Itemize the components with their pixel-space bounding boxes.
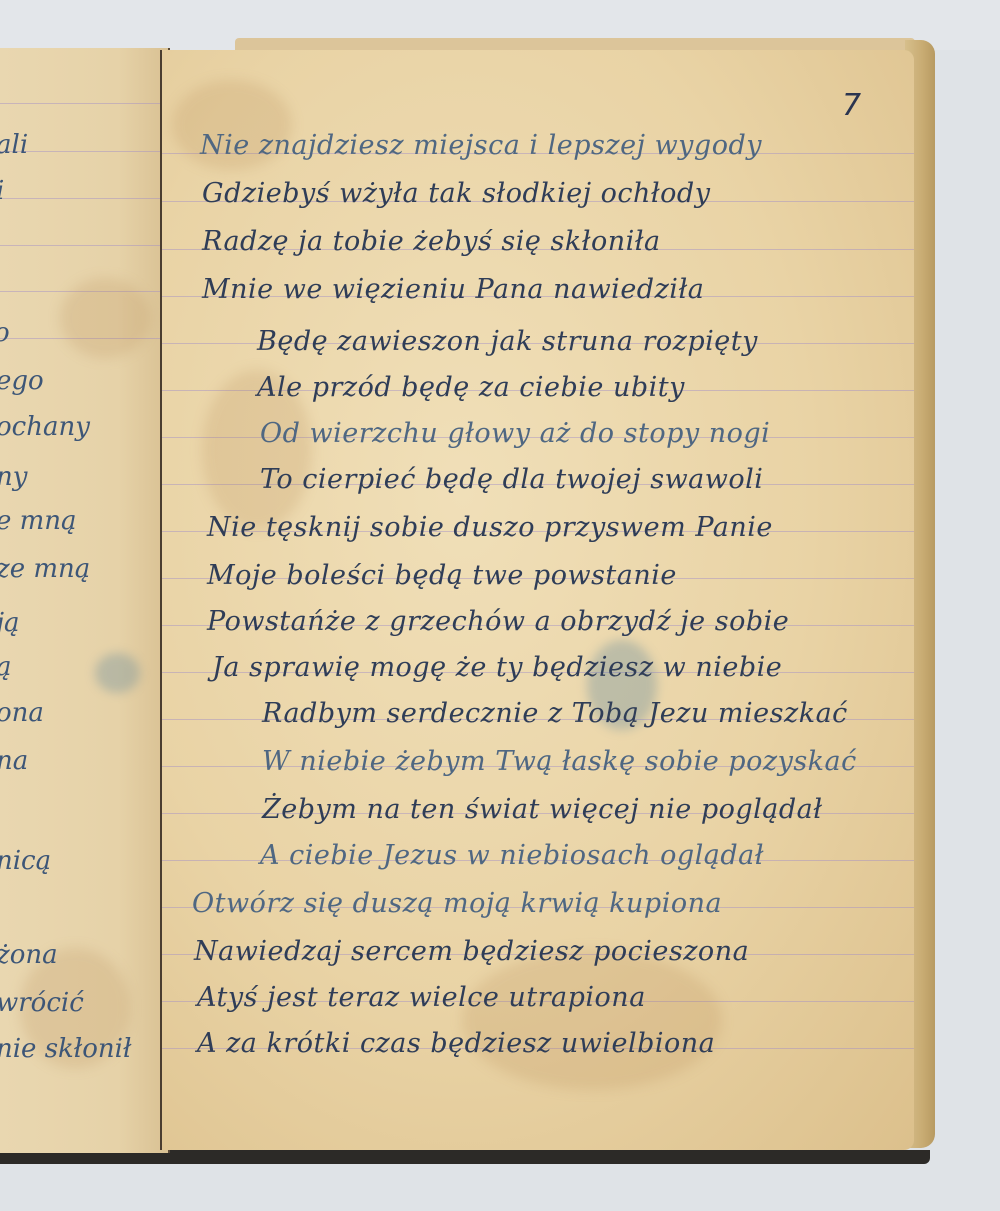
verse-line: A za krótki czas będziesz uwielbiona (197, 1028, 715, 1059)
left-fragment: i (0, 176, 4, 206)
verse-line: Powstańże z grzechów a obrzydź je sobie (207, 606, 789, 637)
verse-line: Nawiedzaj sercem będziesz pocieszona (194, 936, 749, 967)
left-fragment: ny (0, 462, 27, 492)
rule-line (0, 198, 168, 199)
left-fragment: ją (0, 608, 20, 638)
left-page: ali i o ego ochany ny e mną ze mną ją ą … (0, 48, 170, 1153)
verse-line: Ale przód będę za ciebie ubity (257, 372, 685, 403)
left-fragment: o (0, 318, 10, 348)
left-fragment: żona (0, 940, 58, 970)
verse-line: Nie tęsknij sobie duszo przyswem Panie (207, 512, 773, 543)
left-fragment: ochany (0, 412, 90, 442)
rule-line (0, 245, 168, 246)
left-fragment: na (0, 746, 28, 776)
verse-line: Otwórz się duszą moją krwią kupiona (192, 888, 722, 919)
verse-line: Nie znajdziesz miejsca i lepszej wygody (200, 130, 762, 161)
verse-line: W niebie żebym Twą łaskę sobie pozyskać (262, 746, 857, 777)
left-fragment: nicą (0, 846, 51, 876)
verse-line: A ciebie Jezus w niebiosach oglądał (260, 840, 764, 871)
verse-line: Atyś jest teraz wielce utrapiona (197, 982, 646, 1013)
verse-line: Radzę ja tobie żebyś się skłoniła (202, 226, 661, 257)
verse-line: Od wierzchu głowy aż do stopy nogi (260, 418, 770, 449)
left-fragment: ego (0, 366, 44, 396)
water-stain (60, 278, 150, 358)
page-number: 7 (842, 88, 861, 123)
left-fragment: wrócić (0, 988, 84, 1018)
verse-line: Radbym serdecznie z Tobą Jezu mieszkać (262, 698, 848, 729)
verse-line: To cierpieć będę dla twojej swawoli (260, 464, 763, 495)
left-fragment: ali (0, 130, 28, 160)
verse-line: Żebym na ten świat więcej nie poglądał (262, 794, 823, 825)
verse-line: Moje boleści będą twe powstanie (207, 560, 677, 591)
verse-line: Gdziebyś wżyła tak słodkiej ochłody (202, 178, 710, 209)
left-fragment: ze mną (0, 554, 90, 584)
verse-line: Mnie we więzieniu Pana nawiedziła (202, 274, 704, 305)
verse-line: Ja sprawię mogę że ty będziesz w niebie (212, 652, 782, 683)
left-fragment: e mną (0, 506, 77, 536)
ink-blot (95, 653, 140, 693)
rule-line (0, 103, 168, 104)
water-stain (462, 950, 722, 1090)
left-fragment: nie skłonił (0, 1034, 131, 1064)
left-fragment: ą (0, 652, 12, 682)
left-fragment: ona (0, 698, 44, 728)
verse-line: Będę zawieszon jak struna rozpięty (257, 326, 758, 357)
right-page: 7 Nie znajdziesz miejsca i lepszej wygod… (160, 50, 914, 1150)
